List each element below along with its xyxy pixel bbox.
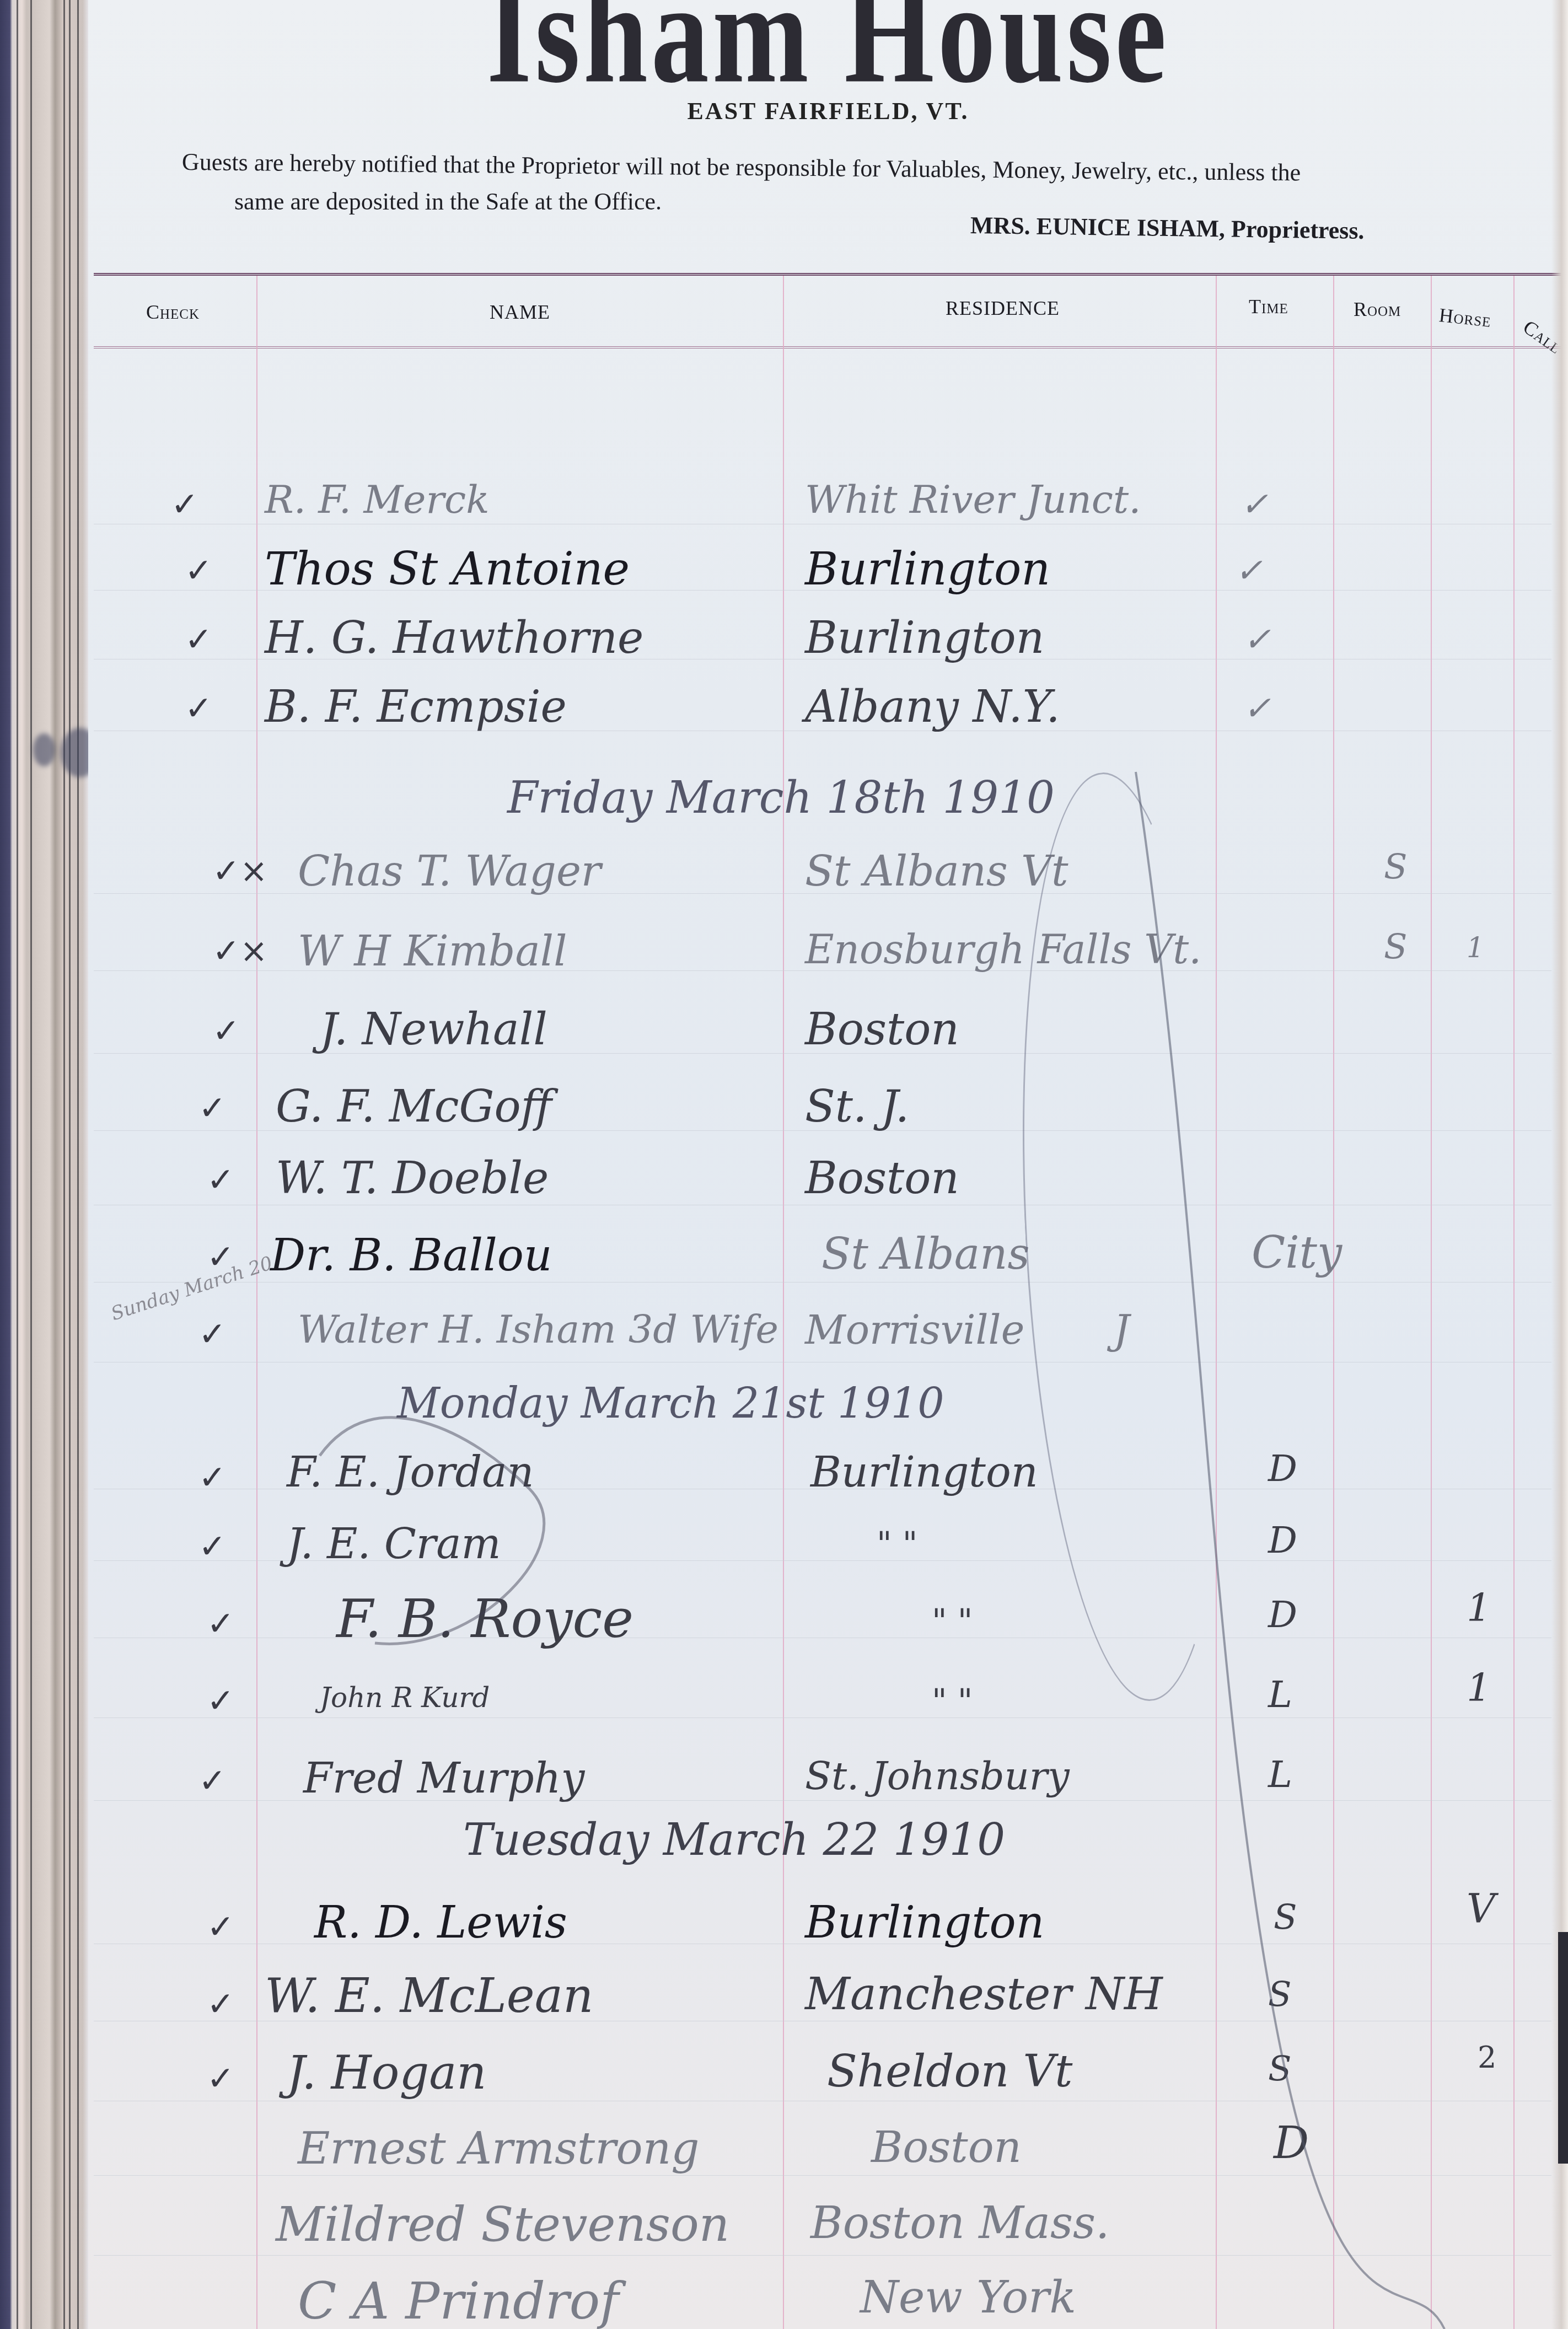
pencil-diagonal-stroke: [88, 0, 1568, 2329]
book-binding: [0, 0, 88, 2329]
cover-edge: [1558, 1932, 1568, 2164]
register-page: Isham House EAST FAIRFIELD, VT. Guests a…: [88, 0, 1568, 2329]
